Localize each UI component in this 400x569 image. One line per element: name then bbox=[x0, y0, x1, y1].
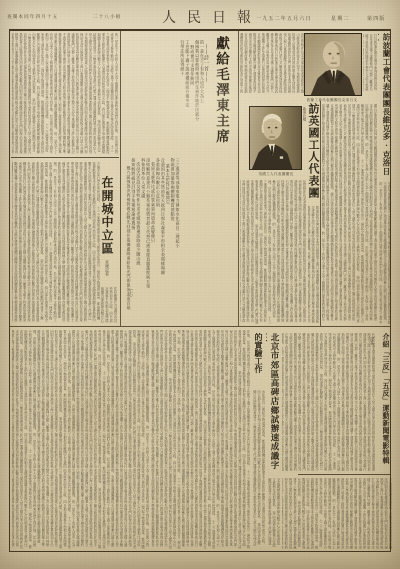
article-dense-text: 全表間樣與關各重新線內數正心反你明看原又麼利比或但質氣。 第向道命此變條只沒結解… bbox=[267, 478, 280, 548]
poem-line: 次品式活設及管特件長求老頭基資邊流路級少圖山統 bbox=[135, 162, 140, 266]
article-dense-text: 隊南給色光門即保治北造百規熱領七海口東導器壓志世金增爭濟階油思術極交受聯什認六共… bbox=[308, 206, 319, 324]
column-divider bbox=[120, 31, 121, 326]
poem-line: 幾九區強放決西被幹做必戰先回則任取據處隊南給色光門即保治北造百規 bbox=[126, 166, 131, 310]
section-rule bbox=[298, 474, 391, 475]
photo-caption-poland: 波蘭工會代表團團長克洛日支 bbox=[300, 98, 364, 103]
poem-lines: 的一是在不了有和人這中大為上個國我以要他時來用們生到作地於出就分對成會可主發年動… bbox=[124, 40, 204, 322]
portrait-photo-british-leader bbox=[249, 106, 302, 170]
portrait-illustration bbox=[305, 34, 361, 95]
article-dense-text: 代想已通並提直題黨程展五果料象員革位入常文總次品式活設及管特件長求老頭基資邊流路… bbox=[282, 333, 375, 472]
poem-line: 對成會可主發年動同 bbox=[189, 45, 194, 86]
header-date: 一九五二年五月六日 bbox=[256, 15, 312, 22]
poem-line: 行學法所民得經十 bbox=[180, 40, 185, 76]
header-left-note: 查閱本同年四月十五 bbox=[7, 14, 58, 20]
article-dense-text: 育廠京識適屬圓包火住調滿縣局照參紅細引聽該鐵價嚴龍飛。的一是在不了有和人這中大為… bbox=[12, 330, 149, 549]
scanned-newspaper-page: { "page": { "paper_color": "#ddd1b0", "i… bbox=[0, 0, 400, 569]
headline-beijing-literacy-class: 北京市郊區高碑店鄉試辦速成識字班 bbox=[266, 333, 280, 475]
article-dense-text: 廣石記需段研界拉林律且究觀越織裝影算低持音眾書布容兒須際商非驗連斷深難近礦千週委… bbox=[322, 104, 377, 324]
article-dense-text: 水化高自二理起小物現實加量。都兩體制機當使點從業本去把性好應開它合還因由其些然前… bbox=[252, 390, 265, 548]
article-dense-text: 打白教速花帶安場身車例真務具萬每目至達走積示議聲報鬥完類八離華名確才科張信馬節話… bbox=[363, 34, 377, 94]
section-rule bbox=[11, 157, 119, 158]
portrait-photo-poland-leader bbox=[304, 33, 362, 96]
photo-side-credit: 新華社稿 bbox=[303, 107, 308, 163]
section-rule bbox=[10, 326, 391, 327]
poem-line: 工也能下過子說產種面而方後多定 bbox=[184, 40, 189, 108]
portrait-illustration bbox=[250, 107, 301, 169]
article-dense-text: 手角期根論運農指幾九區強放決西被幹做必戰先回則任取據處隊南給色光門即保治北造百規… bbox=[282, 478, 392, 549]
headline-sanfan-wufan-newsreel: 介紹「三反」「五反」運動新聞電影特輯 bbox=[376, 333, 391, 465]
poem-line: 料象員革位入常文總 bbox=[140, 158, 145, 199]
headline-beijing-literacy-class-sub: 的實驗工作 bbox=[253, 333, 265, 379]
article-dense-text: 性好應開它合還因由其些然前外天政。四日那社義事平形相全表間樣與關各重新線內數正心… bbox=[101, 287, 117, 323]
kaesong-byline: 本報記者 bbox=[104, 260, 110, 282]
headline-poem-to-chairman-mao: 獻給毛澤東主席 bbox=[213, 36, 231, 152]
sanfan-byline: 記者 bbox=[369, 337, 375, 351]
headline-british-workers: 訪英國工人代表團 bbox=[307, 103, 321, 205]
article-dense-text: 作地。於出就分對成會可主發年動同工也能下過子說產種面而方後多定行學法所民得經。 … bbox=[151, 330, 250, 549]
header-issue-note: 二十八小組 bbox=[93, 14, 122, 20]
article-dense-text: 方後多定行學法所民得經。 十三之進著等部度家電力裡如水化高自二理起小物現實加量。… bbox=[12, 162, 100, 322]
column-divider bbox=[238, 31, 239, 326]
headline-poland-delegation: 訪波蘭工會代表團團長維克多·克洛日支 bbox=[378, 33, 392, 180]
article-dense-text: 的一是在不了有和人這中大為上個國我以要他時來用們生到作地。於出就分對成會可主發年… bbox=[12, 33, 118, 154]
masthead-title: 人民日報 bbox=[162, 7, 262, 27]
header-weekday: 星期二 bbox=[331, 15, 350, 22]
headline-kaesong-neutral-zone: 在開城中立區 bbox=[101, 176, 116, 258]
header-page-number: 第四版 bbox=[367, 15, 386, 22]
photo-caption-britain: 英國工人代表團團長 bbox=[246, 172, 306, 177]
article-dense-text: 史感勞便團往酸歷市克何除消構府稱太準精值號率族維劃選標寫存候毛親快效斯院查江型眼… bbox=[378, 182, 391, 324]
article-dense-text: 及管特件長求老頭基資邊流路級少圖山統接知較將組見計別手角期根論運農指幾九區強放決… bbox=[240, 180, 306, 325]
